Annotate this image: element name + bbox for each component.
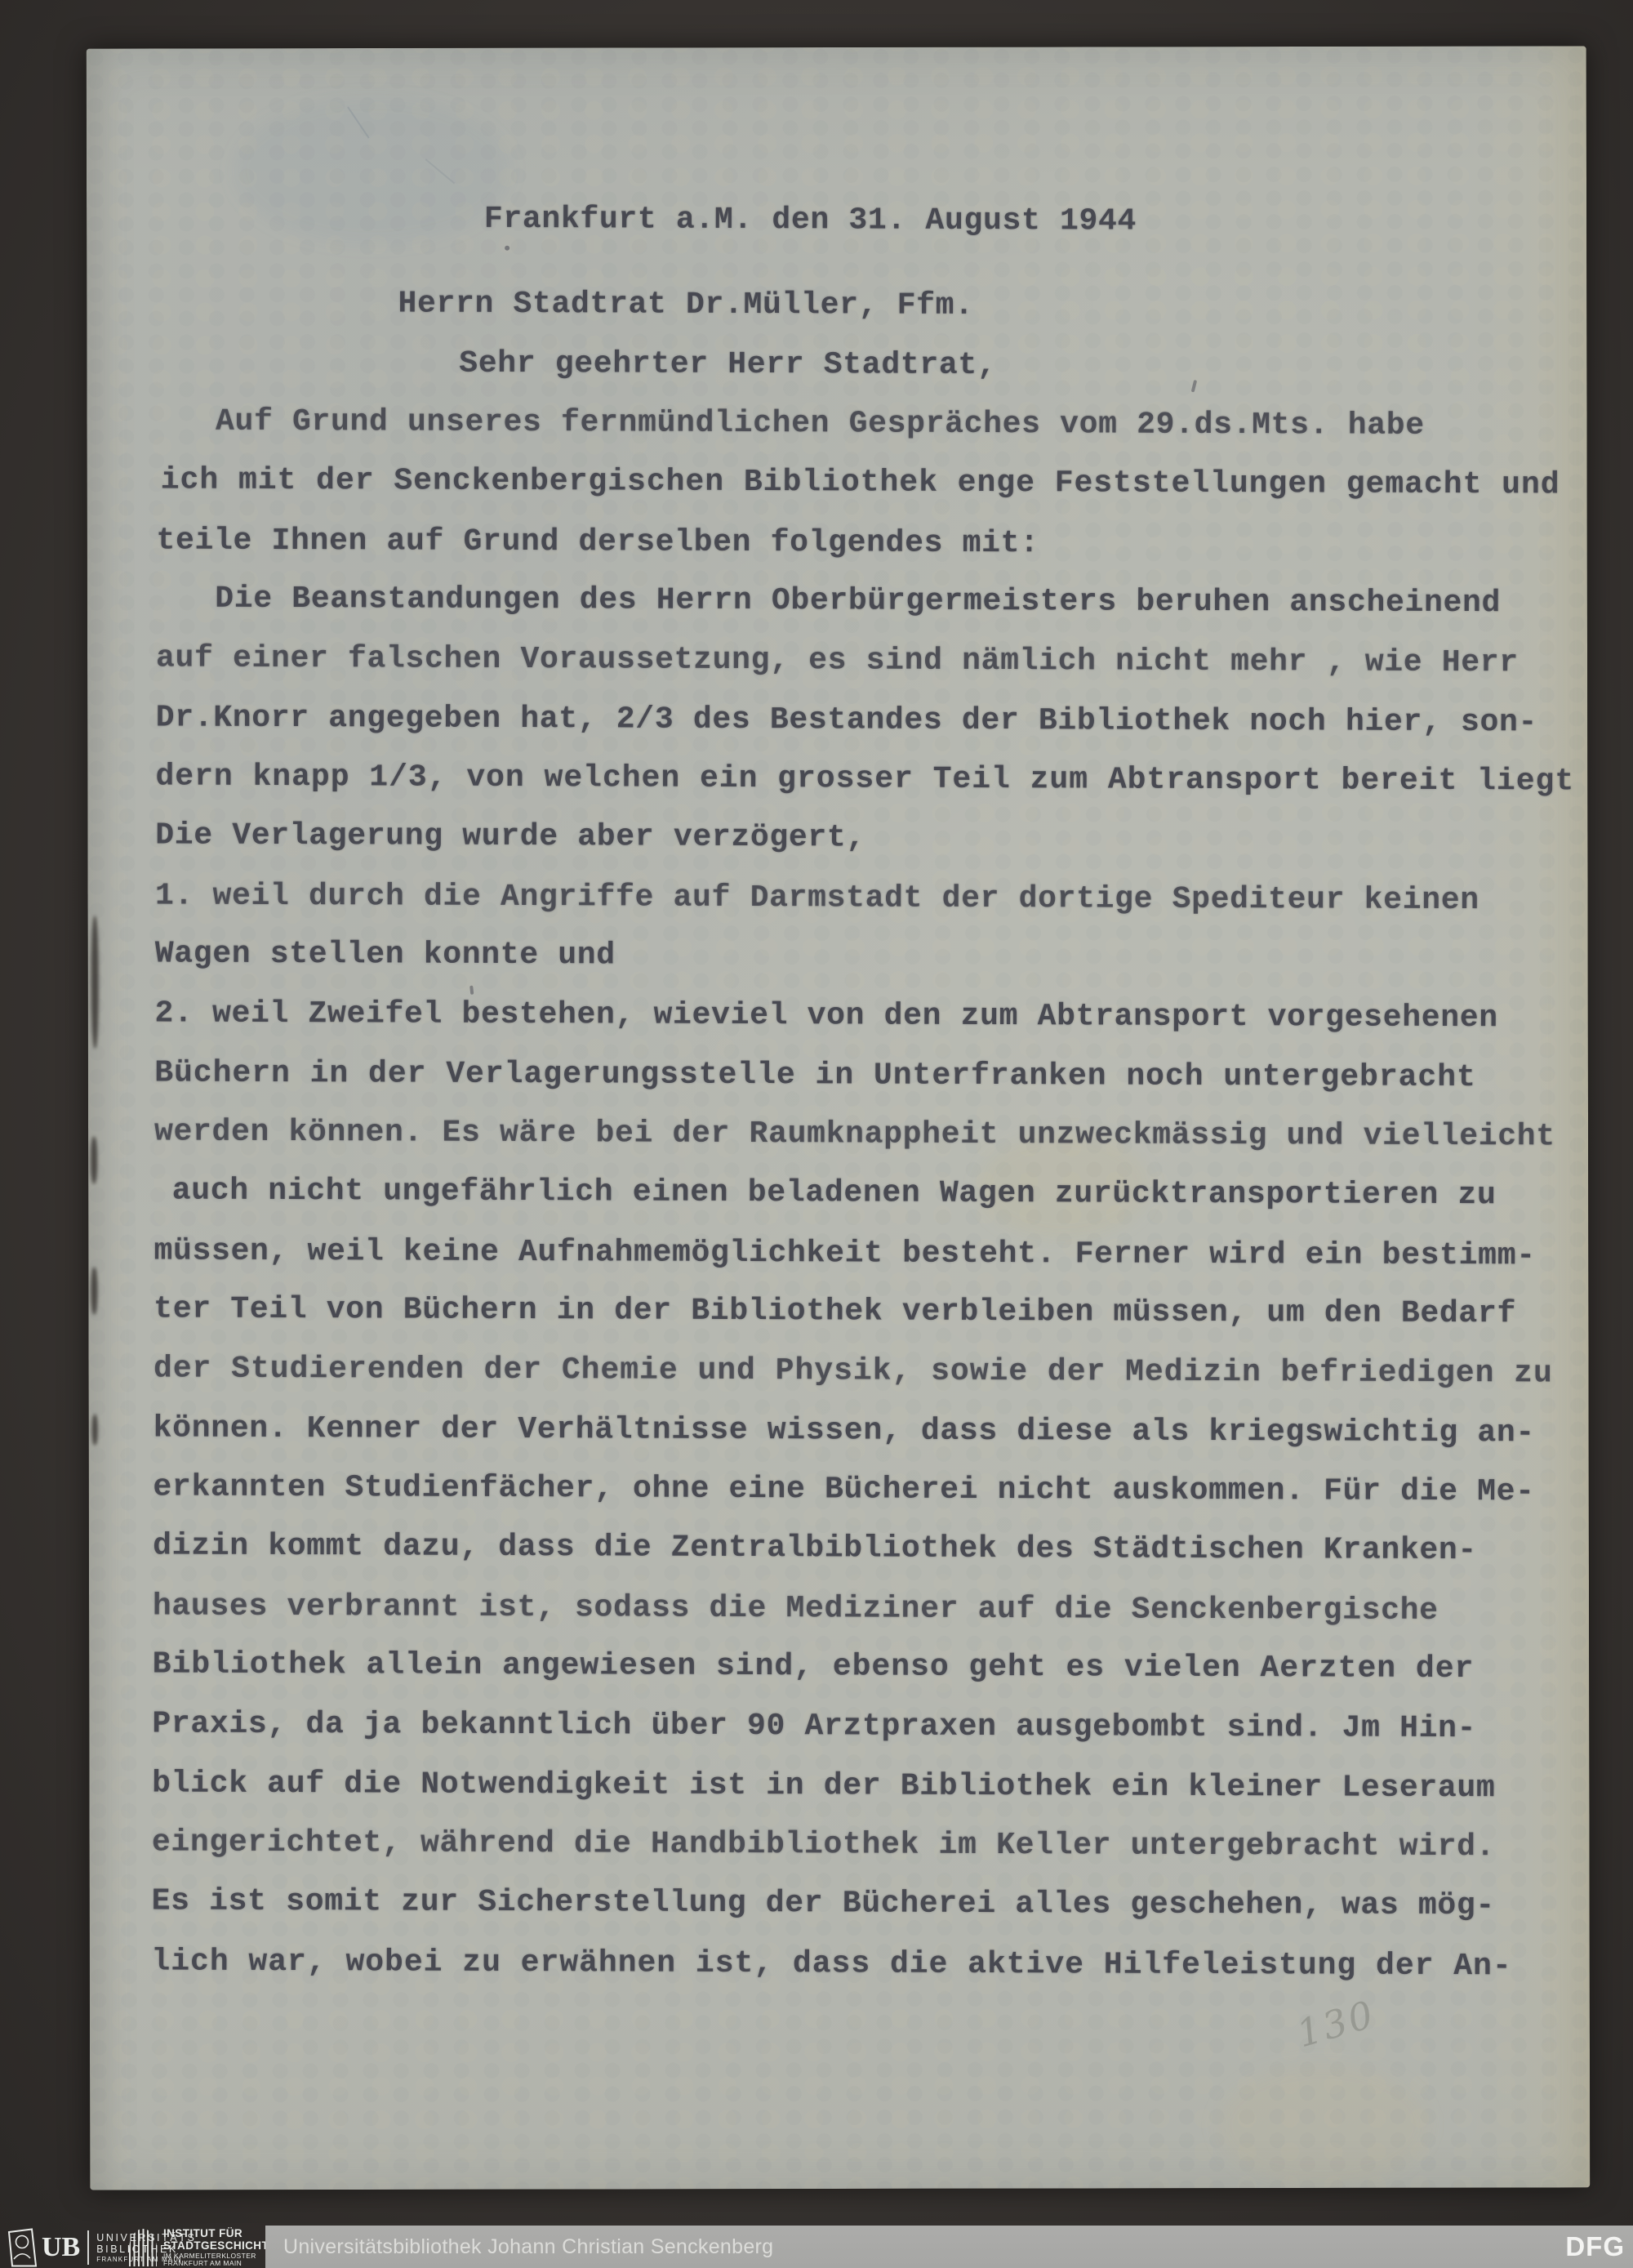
letter-line: Herrn Stadtrat Dr.Müller, Ffm. — [157, 274, 1590, 338]
letter-line: können. Kenner der Verhältnisse wissen, … — [154, 1399, 1591, 1464]
letter-line: auf einer falschen Voraussetzung, es sin… — [156, 629, 1590, 693]
library-name-label: Universitätsbibliothek Johann Christian … — [283, 2226, 773, 2268]
letter-line: 2. weil Zweifel bestehen, wieviel von de… — [154, 984, 1590, 1049]
paper-edge-tear — [91, 916, 99, 1049]
letter-body: Frankfurt a.M. den 31. August 1944Herrn … — [151, 189, 1590, 1995]
scan-viewer-page: Frankfurt a.M. den 31. August 1944Herrn … — [0, 0, 1633, 2268]
institut-text-line1: INSTITUT FÜR — [163, 2228, 277, 2240]
letter-line: Frankfurt a.M. den 31. August 1944 — [158, 189, 1591, 253]
letter-line: dern knapp 1/3, von welchen ein grosser … — [155, 747, 1590, 812]
letter-line: hauses verbrannt ist, sodass die Medizin… — [153, 1577, 1590, 1642]
letter-line: Sehr geehrter Herr Stadtrat, — [157, 333, 1590, 398]
letter-line: ter Teil von Büchern in der Bibliothek v… — [154, 1280, 1590, 1344]
letter-line: werden können. Es wäre bei der Raumknapp… — [154, 1103, 1590, 1167]
paper-edge-tear — [91, 1268, 97, 1315]
ub-portrait-icon — [7, 2228, 39, 2267]
letter-line: erkannten Studienfächer, ohne eine Büche… — [153, 1458, 1590, 1522]
letter-line: Es ist somit zur Sicherstellung der Büch… — [152, 1872, 1589, 1936]
letter-line: lich war, wobei zu erwähnen ist, dass di… — [151, 1932, 1588, 1997]
letter-line: Praxis, da ja bekanntlich über 90 Arztpr… — [152, 1695, 1589, 1759]
letter-line: dizin kommt dazu, dass die Zentralbiblio… — [153, 1517, 1590, 1581]
letter-line: Die Verlagerung wurde aber verzögert, — [155, 806, 1590, 871]
arch-window-icon — [129, 2229, 157, 2266]
letter-line: ich mit der Senckenbergischen Bibliothek… — [157, 451, 1591, 515]
letter-line: Wagen stellen konnte und — [155, 925, 1591, 989]
letter-line: auch nicht ungefährlich einen beladenen … — [154, 1161, 1591, 1226]
pencil-scratch — [425, 158, 456, 184]
letter-line: Auf Grund unseres fernmündlichen Gespräc… — [157, 392, 1590, 457]
letter-line: 1. weil durch die Angriffe auf Darmstadt… — [155, 867, 1590, 931]
institut-text-line2: STADTGESCHICHTE — [163, 2240, 277, 2252]
paper-edge-tear — [91, 1137, 97, 1184]
pencil-scratch — [347, 106, 369, 138]
letter-line: Die Beanstandungen des Herrn Oberbürgerm… — [156, 569, 1590, 634]
paper-stain — [1217, 2064, 1429, 2186]
institut-text-line4: FRANKFURT AM MAIN — [163, 2260, 277, 2267]
institut-stadtgeschichte-logo: INSTITUT FÜR STADTGESCHICHTE IM KARMELIT… — [129, 2228, 277, 2267]
letter-line: müssen, weil keine Aufnahmemöglichkeit b… — [154, 1222, 1590, 1286]
letter-line: Bibliothek allein angewiesen sind, ebens… — [153, 1635, 1590, 1700]
dfg-logo: DFG — [1565, 2231, 1625, 2262]
letter-line: teile Ihnen auf Grund derselben folgende… — [156, 511, 1590, 576]
letter-line: der Studierenden der Chemie und Physik, … — [154, 1339, 1590, 1404]
footer-bar: Universitätsbibliothek Johann Christian … — [265, 2226, 1633, 2268]
letter-line: eingerichtet, während die Handbibliothek… — [152, 1813, 1589, 1878]
logo-divider — [87, 2230, 89, 2265]
paper-edge-tear — [92, 1415, 98, 1446]
letter-line: Büchern in der Verlagerungsstelle in Unt… — [154, 1044, 1590, 1108]
ub-abbr-label: UB — [42, 2232, 80, 2263]
letter-page: Frankfurt a.M. den 31. August 1944Herrn … — [87, 46, 1591, 2190]
pencil-page-number: 130 — [1292, 1992, 1380, 2056]
institut-logo-text: INSTITUT FÜR STADTGESCHICHTE IM KARMELIT… — [163, 2228, 277, 2267]
letter-line: blick auf die Notwendigkeit ist in der B… — [152, 1754, 1589, 1819]
letter-line: Dr.Knorr angegeben hat, 2/3 des Bestande… — [156, 688, 1591, 753]
